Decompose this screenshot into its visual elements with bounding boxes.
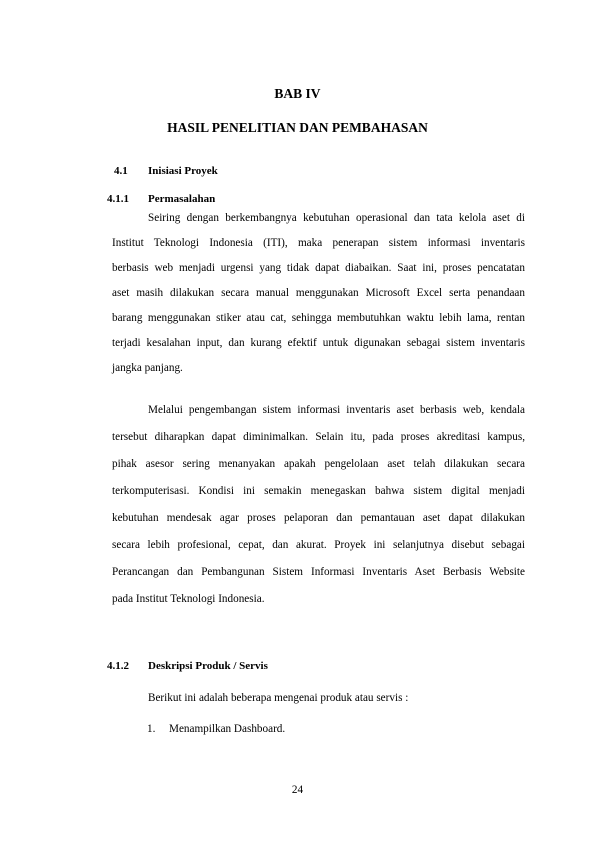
page-number: 24 [0,784,595,797]
text-line: barang menggunakan stiker atau cat, sehi… [112,312,525,325]
document-page: BAB IV HASIL PENELITIAN DAN PEMBAHASAN 4… [0,0,595,842]
text-line: Seiring dengan berkembangnya kebutuhan o… [148,212,525,225]
section-number: 4.1 [114,165,128,177]
list-intro: Berikut ini adalah beberapa mengenai pro… [148,692,408,705]
text-line: berbasis web menjadi urgensi yang tidak … [112,262,525,275]
subsection-title: Deskripsi Produk / Servis [148,660,268,672]
subsection-number: 4.1.1 [107,193,129,205]
section-title: Inisiasi Proyek [148,165,218,177]
text-line: Melalui pengembangan sistem informasi in… [148,404,525,417]
text-line: Perancangan dan Pembangunan Sistem Infor… [112,566,525,579]
subsection-title: Permasalahan [148,193,215,205]
list-item-text: Menampilkan Dashboard. [169,723,285,736]
list-marker: 1. [147,723,155,736]
text-line: terjadi kesalahan input, dan kurang efek… [112,337,525,350]
text-line: pada Institut Teknologi Indonesia. [112,593,265,606]
subsection-number: 4.1.2 [107,660,129,672]
text-line: pihak asesor sering menanyakan apakah pe… [112,458,525,471]
text-line: aset masih dilakukan secara manual mengg… [112,287,525,300]
text-line: jangka panjang. [112,362,183,375]
chapter-title: HASIL PENELITIAN DAN PEMBAHASAN [0,120,595,136]
text-line: secara lebih profesional, cepat, dan aku… [112,539,525,552]
text-line: kebutuhan mendesak agar proses pelaporan… [112,512,525,525]
text-line: tersebut diharapkan dapat diminimalkan. … [112,431,525,444]
text-line: Institut Teknologi Indonesia (ITI), maka… [112,237,525,250]
chapter-number: BAB IV [0,86,595,102]
text-line: terkomputerisasi. Kondisi ini semakin me… [112,485,525,498]
